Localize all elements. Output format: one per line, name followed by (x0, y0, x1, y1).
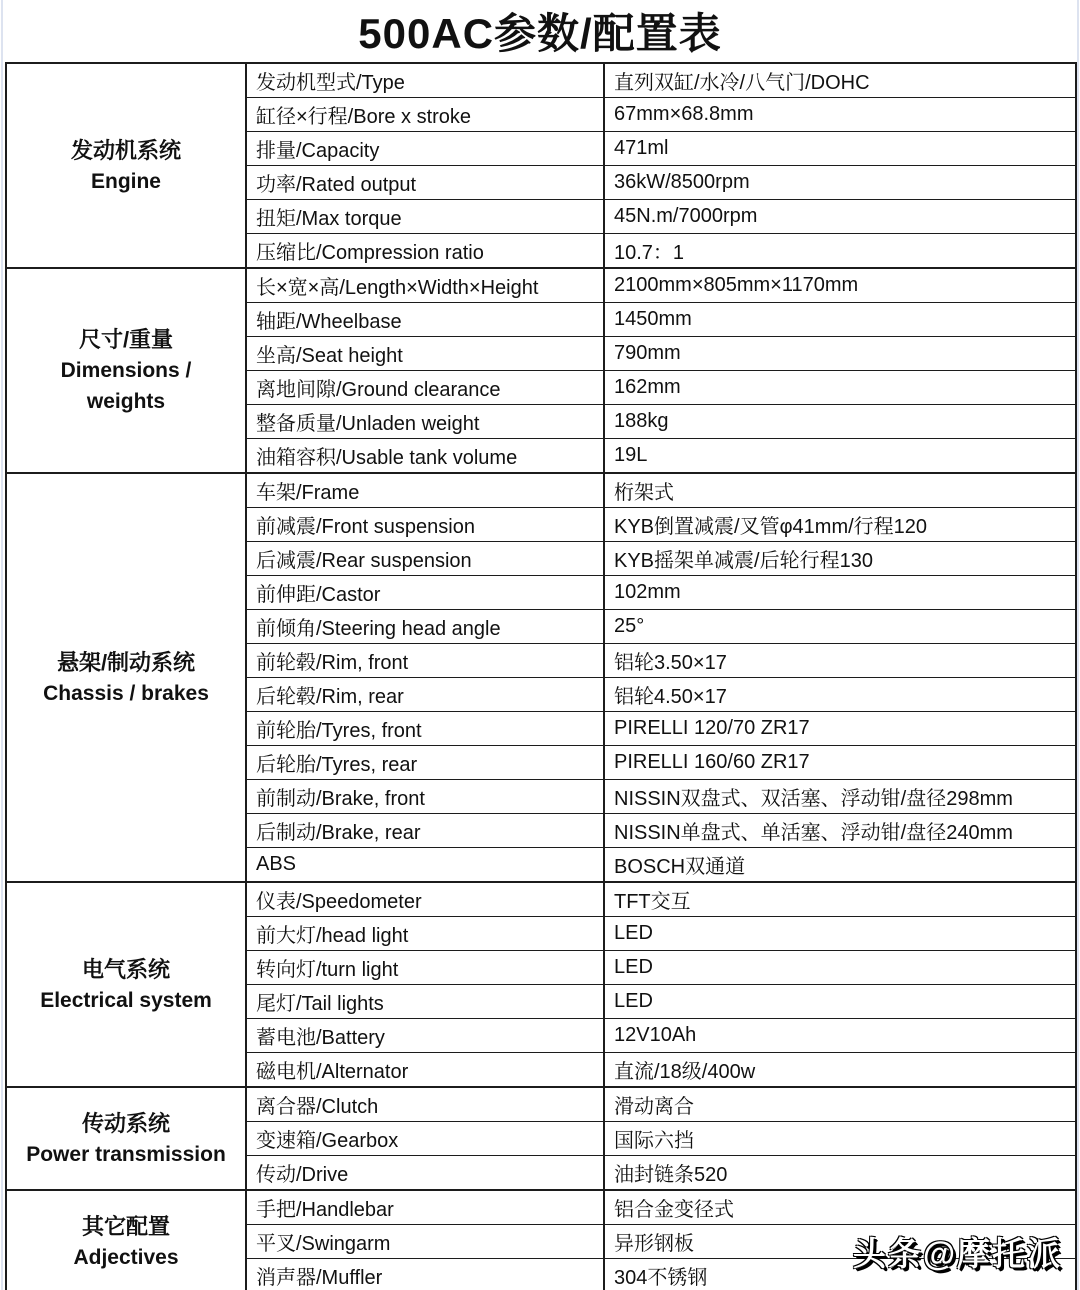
section-category-en: Dimensions / weights (7, 355, 245, 417)
spec-label: 传动/Drive (246, 1156, 604, 1191)
spec-label: 离地间隙/Ground clearance (246, 371, 604, 405)
spec-label: 坐高/Seat height (246, 337, 604, 371)
spec-value: 12V10Ah (604, 1019, 1076, 1053)
spec-sheet-page: 500AC参数/配置表 发动机系统Engine发动机型式/Type直列双缸/水冷… (0, 0, 1080, 1290)
section-category-cn: 尺寸/重量 (7, 324, 245, 355)
spec-label: 消声器/Muffler (246, 1259, 604, 1290)
title-bar: 500AC参数/配置表 (0, 0, 1080, 62)
section-category-cn: 传动系统 (7, 1108, 245, 1139)
spec-value: 67mm×68.8mm (604, 98, 1076, 132)
spec-value: 25° (604, 610, 1076, 644)
spec-label: 前轮毂/Rim, front (246, 644, 604, 678)
spec-label: 排量/Capacity (246, 132, 604, 166)
spec-label: 前轮胎/Tyres, front (246, 712, 604, 746)
spec-value: LED (604, 951, 1076, 985)
section-category-en: Electrical system (7, 985, 245, 1016)
spec-label: 发动机型式/Type (246, 63, 604, 98)
spec-value: 滑动离合 (604, 1087, 1076, 1122)
spec-label: 后制动/Brake, rear (246, 814, 604, 848)
spec-value: NISSIN双盘式、双活塞、浮动钳/盘径298mm (604, 780, 1076, 814)
spec-label: 蓄电池/Battery (246, 1019, 604, 1053)
spec-label: 前制动/Brake, front (246, 780, 604, 814)
spec-value: TFT交互 (604, 882, 1076, 917)
spec-value: 102mm (604, 576, 1076, 610)
section-category-en: Chassis / brakes (7, 678, 245, 709)
page-title: 500AC参数/配置表 (358, 1, 721, 61)
section-category-cn: 悬架/制动系统 (7, 647, 245, 678)
spec-value: 45N.m/7000rpm (604, 200, 1076, 234)
spec-value: LED (604, 917, 1076, 951)
spec-label: 尾灯/Tail lights (246, 985, 604, 1019)
spec-value: 1450mm (604, 303, 1076, 337)
spec-label: 扭矩/Max torque (246, 200, 604, 234)
table-row: 传动系统Power transmission离合器/Clutch滑动离合 (6, 1087, 1076, 1122)
spec-label: 功率/Rated output (246, 166, 604, 200)
section-category-cn: 其它配置 (7, 1211, 245, 1242)
section-category: 发动机系统Engine (6, 63, 246, 268)
section-category-cn: 发动机系统 (7, 135, 245, 166)
spec-value: 790mm (604, 337, 1076, 371)
spec-label: 仪表/Speedometer (246, 882, 604, 917)
spec-value: 19L (604, 439, 1076, 474)
spec-value: 471ml (604, 132, 1076, 166)
spec-value: 国际六挡 (604, 1122, 1076, 1156)
section-category: 悬架/制动系统Chassis / brakes (6, 473, 246, 882)
section-category-en: Engine (7, 166, 245, 197)
spec-label: 长×宽×高/Length×Width×Height (246, 268, 604, 303)
spec-label: 压缩比/Compression ratio (246, 234, 604, 269)
spec-value: PIRELLI 120/70 ZR17 (604, 712, 1076, 746)
spec-label: 后轮胎/Tyres, rear (246, 746, 604, 780)
spec-label: 变速箱/Gearbox (246, 1122, 604, 1156)
spec-value: LED (604, 985, 1076, 1019)
spec-value: NISSIN单盘式、单活塞、浮动钳/盘径240mm (604, 814, 1076, 848)
section-category-en: Adjectives (7, 1242, 245, 1273)
section-category: 尺寸/重量Dimensions / weights (6, 268, 246, 473)
table-row: 发动机系统Engine发动机型式/Type直列双缸/水冷/八气门/DOHC (6, 63, 1076, 98)
section-category: 电气系统Electrical system (6, 882, 246, 1087)
spec-label: 缸径×行程/Bore x stroke (246, 98, 604, 132)
table-row: 电气系统Electrical system仪表/SpeedometerTFT交互 (6, 882, 1076, 917)
spec-label: 前大灯/head light (246, 917, 604, 951)
spec-label: 前减震/Front suspension (246, 508, 604, 542)
spec-value: 36kW/8500rpm (604, 166, 1076, 200)
spec-value: 直流/18级/400w (604, 1053, 1076, 1088)
spec-label: 磁电机/Alternator (246, 1053, 604, 1088)
spec-label: 后减震/Rear suspension (246, 542, 604, 576)
table-row: 其它配置Adjectives手把/Handlebar铝合金变径式 (6, 1190, 1076, 1225)
spec-value: 162mm (604, 371, 1076, 405)
spec-value: 铝轮4.50×17 (604, 678, 1076, 712)
spec-value: 10.7：1 (604, 234, 1076, 269)
spec-label: 手把/Handlebar (246, 1190, 604, 1225)
spec-label: 车架/Frame (246, 473, 604, 508)
spec-label: 油箱容积/Usable tank volume (246, 439, 604, 474)
spec-label: 整备质量/Unladen weight (246, 405, 604, 439)
spec-value: KYB倒置减震/叉管φ41mm/行程120 (604, 508, 1076, 542)
section-category-en: Power transmission (7, 1139, 245, 1170)
spec-value: 铝轮3.50×17 (604, 644, 1076, 678)
spec-value: 直列双缸/水冷/八气门/DOHC (604, 63, 1076, 98)
spec-label: 后轮毂/Rim, rear (246, 678, 604, 712)
spec-value: PIRELLI 160/60 ZR17 (604, 746, 1076, 780)
table-row: 悬架/制动系统Chassis / brakes车架/Frame桁架式 (6, 473, 1076, 508)
spec-label: 前伸距/Castor (246, 576, 604, 610)
spec-value: 铝合金变径式 (604, 1190, 1076, 1225)
section-category: 其它配置Adjectives (6, 1190, 246, 1290)
spec-table: 发动机系统Engine发动机型式/Type直列双缸/水冷/八气门/DOHC缸径×… (5, 62, 1077, 1290)
spec-label: 转向灯/turn light (246, 951, 604, 985)
section-category: 传动系统Power transmission (6, 1087, 246, 1190)
spec-value: 188kg (604, 405, 1076, 439)
spec-value: KYB摇架单减震/后轮行程130 (604, 542, 1076, 576)
spec-value: 304不锈钢 (604, 1259, 1076, 1290)
spec-value: 油封链条520 (604, 1156, 1076, 1191)
spec-value: BOSCH双通道 (604, 848, 1076, 883)
spec-value: 桁架式 (604, 473, 1076, 508)
spec-label: 离合器/Clutch (246, 1087, 604, 1122)
section-category-cn: 电气系统 (7, 954, 245, 985)
spec-value: 异形钢板 (604, 1225, 1076, 1259)
spec-label: ABS (246, 848, 604, 883)
spec-label: 平叉/Swingarm (246, 1225, 604, 1259)
table-row: 尺寸/重量Dimensions / weights长×宽×高/Length×Wi… (6, 268, 1076, 303)
spec-value: 2100mm×805mm×1170mm (604, 268, 1076, 303)
spec-label: 前倾角/Steering head angle (246, 610, 604, 644)
spec-label: 轴距/Wheelbase (246, 303, 604, 337)
